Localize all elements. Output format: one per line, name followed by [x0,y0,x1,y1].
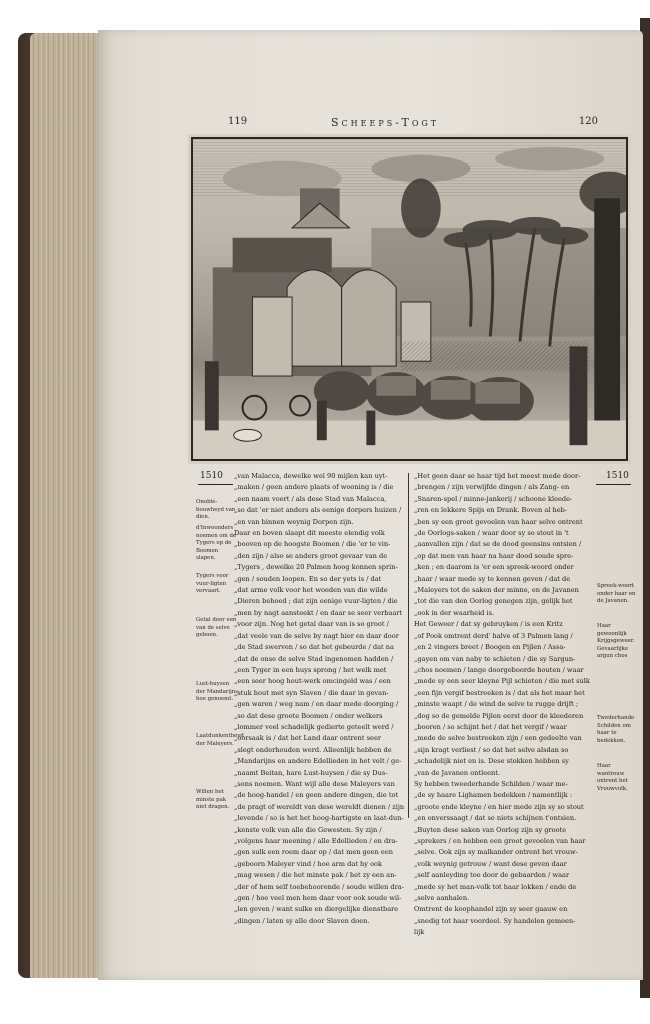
text-line: „haar / waar mede sy te kennen geven / d… [414,574,592,585]
text-line: „mede sy het man-volk tot haar lokken / … [414,882,592,893]
text-line: „levende / so is het het hoog-hartigste … [234,813,412,824]
text-line: „dog so de gemelde Pijlen eerst door de … [414,711,592,722]
text-line: „van de Javanen ontleent. [414,768,592,779]
text-line: „gen / souden loopen. En so der yets is … [234,574,412,585]
text-line: „de Oorlogs-saken / waar door sy so stou… [414,528,592,539]
text-line: „ren en lekkere Spijs en Drank. Boven al… [414,505,592,516]
text-line: „den zijn / also se anders groot gevaar … [234,551,412,562]
running-head: 119 Scheeps-Togt 120 [228,116,598,132]
text-line: „een naam voert / als dese Stad van Mala… [234,494,412,505]
text-line: Sy hebben tweederhande Schilden / waar m… [414,779,592,790]
margin-note-right: Twederhande Schilden om haar te bedekken… [597,715,639,745]
margin-year-left: 1510 [200,471,223,481]
text-line: „brengen / zijn verwijfde dingen / als Z… [414,482,592,493]
text-line: „tot die van den Oorlog genegen zijn, ge… [414,596,592,607]
margin-note-left: Getal door een van de selve geboen. [196,617,238,640]
text-line: „selve aanhalen. [414,893,592,904]
text-line: „volk weynig getrouw / want dese geven d… [414,859,592,870]
text-line: „minste waapt / de wind de selve te rugg… [414,699,592,710]
year-rule-left [198,484,233,485]
elephant-procession-engraving [193,139,626,459]
margin-note-left: Onoble-bouwheyd van dien. [196,499,238,522]
text-line: Daar en boven slaapt dit meeste elendig … [234,528,412,539]
margin-note-left: Tygers voor vuur-ligten vervaart. [196,573,238,596]
running-title: Scheeps-Togt [331,116,439,129]
text-line: „Het geen daar se haar tijd het meest me… [414,471,592,482]
text-line: „Tygers , dewelke 20 Palmen hoog konnen … [234,562,412,573]
text-line: „maken / geen andere plaats of wooning i… [234,482,412,493]
text-line: „snedig tot haar voordeel. Sy handelen g… [414,916,592,927]
text-line: „booren / so schijnt het / dat het vergi… [414,722,592,733]
text-line: „sijn kragt verliest / so dat het selve … [414,745,592,756]
text-line: „gen waren / weg nam / en daar mede door… [234,699,412,710]
text-line: „ook in der waarheid is. [414,608,592,619]
text-line: „chos noemen / lange doorgeboorde houten… [414,665,592,676]
text-line: „de sy haare Lighamen bedekken / namentl… [414,790,592,801]
text-line: „so dat dese groote Boomen / onder welke… [234,711,412,722]
text-line: „dat veele van de selve by nagt hier en … [234,631,412,642]
text-line: „volgens haar meening / alle Edellieden … [234,836,412,847]
text-line: „sprekers / en hebben een groot gevoelen… [414,836,592,847]
text-line: „of Pook omtrent derd' halve of 3 Palmen… [414,631,592,642]
text-line: „slegt onderhouden werd. Alleenlijk hebb… [234,745,412,756]
text-line: „so dat 'er niet anders als eenige dorpe… [234,505,412,516]
text-line: „groote ende kleyne / en hier mede zijn … [414,802,592,813]
text-line: „gen sulk een roem daar op / dat men gee… [234,847,412,858]
margin-note-left: Willen het minste pak niet dragen. [196,789,238,812]
text-line: „dat de onse de selve Stad ingenomen had… [234,654,412,665]
text-line: „naamt Beitan, hare Lust-huysen / die sy… [234,768,412,779]
text-line: „een seer hoog hout-werk omcingeld was /… [234,676,412,687]
text-line: „len geven / want sulke en diergelijke d… [234,904,412,915]
text-line: „sons noemen. Want wijl alle dese Maleye… [234,779,412,790]
text-line: „Dieren behoed ; dat zijn eenige vuur-li… [234,596,412,607]
text-line: „van Malacca, dewelke wel 90 mijlen kan … [234,471,412,482]
text-line: „en van binnen weynig Dorpen zijn. [234,517,412,528]
text-line: „Snaren-spel / minne-jankerij / schoone … [414,494,592,505]
text-line: „selve. Ook zijn sy malkander ontrent he… [414,847,592,858]
text-line: „en 2 vingers breet / Boogen en Pijlen /… [414,642,592,653]
text-line: „oorsaak is / dat het Land daar ontrent … [234,733,412,744]
page-number-left: 119 [228,116,247,127]
text-column-left: „van Malacca, dewelke wel 90 mijlen kan … [234,471,412,927]
text-line: „de hoog-handel / en geen andere dingen,… [234,790,412,801]
text-line: „een fijn vergif bestreeken is / dat als… [414,688,592,699]
text-line: lijk [414,927,592,938]
text-line: „de pragt of wereldt van dese wereldt di… [234,802,412,813]
text-line: „dat arme volk voor het woeden van die w… [234,585,412,596]
text-line: „ben sy een groot gevoelen van haar selv… [414,517,592,528]
text-line: „geboorn Maleyer vind / hoe arm dat hy o… [234,859,412,870]
margin-note-left: d'Inwoonders noemen om de Tygers op de B… [196,525,238,563]
text-line: „voor zijn. Nog het getal daar van is so… [234,619,412,630]
text-column-right: „Het geen daar se haar tijd het meest me… [414,471,592,939]
margin-note-right: Haar gewoonlijk Krijgsgeweer. Gevaarlijk… [597,623,639,661]
text-line: Het Geweer / dat sy gebruyken / is een K… [414,619,592,630]
text-line: „der of hem self toebehoorende / soude w… [234,882,412,893]
text-line: „lommer veel schadelijk gedierte geteelt… [234,722,412,733]
margin-note-right: Spreek-woort onder haar en de Javanen. [597,583,639,606]
text-line: „men by nagt aansteekt / en daar se seer… [234,608,412,619]
page-number-right: 120 [579,116,598,127]
column-divider [408,473,409,818]
year-rule-right [596,484,631,485]
engraving-plate [188,134,631,464]
text-line: „Mandarijns en andere Edellieden in het … [234,756,412,767]
margin-year-right: 1510 [606,471,629,481]
text-line: „op dat men van haar na haar dood soude … [414,551,592,562]
text-line: „een Tyger in een huys sprong / het welk… [234,665,412,676]
text-line: „de Stad swerven / so dat het gebeurde /… [234,642,412,653]
page-edges-stack [30,33,100,978]
text-line: „gayen om van naby te schieten / die sy … [414,654,592,665]
text-line: „Maleyers tot de saken der minne, en de … [414,585,592,596]
margin-note-right: Haar wantrouw ontrent het Vrouwvolk. [597,763,639,793]
open-book: 119 Scheeps-Togt 120 [0,0,650,1024]
text-line: „stuk hout met syn Slaven / die daar in … [234,688,412,699]
text-line: „mag wesen / die het minste pak / het zy… [234,870,412,881]
text-line: „dingen / laten sy alle door Slaven doen… [234,916,412,927]
text-line: „gen / hoe veel men hem daar voor ook so… [234,893,412,904]
text-line: „ken ; en daarom is 'er een spreek-woord… [414,562,592,573]
text-line: „mede sy een seer kleyne Pijl schieten /… [414,676,592,687]
text-line: „self aanleyding toe door de gebaarden /… [414,870,592,881]
text-line: „Buyten dese saken van Oorlog zijn sy gr… [414,825,592,836]
text-line: „kenste volk van alle die Gewesten. Sy z… [234,825,412,836]
margin-note-left: Lust-huysen der Mandarijns hoe genoemt. [196,681,238,704]
text-line: „aanvallen zijn / dat se de dood geensin… [414,539,592,550]
text-line: Omtrent de koophandel zijn sy seer gaauw… [414,904,592,915]
margin-note-left: Laatdunkentheyd der Maleyers. [196,733,238,748]
text-line: „mede de selve bestreeken zijn / een ged… [414,733,592,744]
text-line: „booven op de hoogste Boomen / die 'er t… [234,539,412,550]
engraving-illustration [191,137,628,461]
text-line: „schadelijk niet en is. Dese stokken heb… [414,756,592,767]
text-line: „en onverssaagt / dat se niets schijnen … [414,813,592,824]
